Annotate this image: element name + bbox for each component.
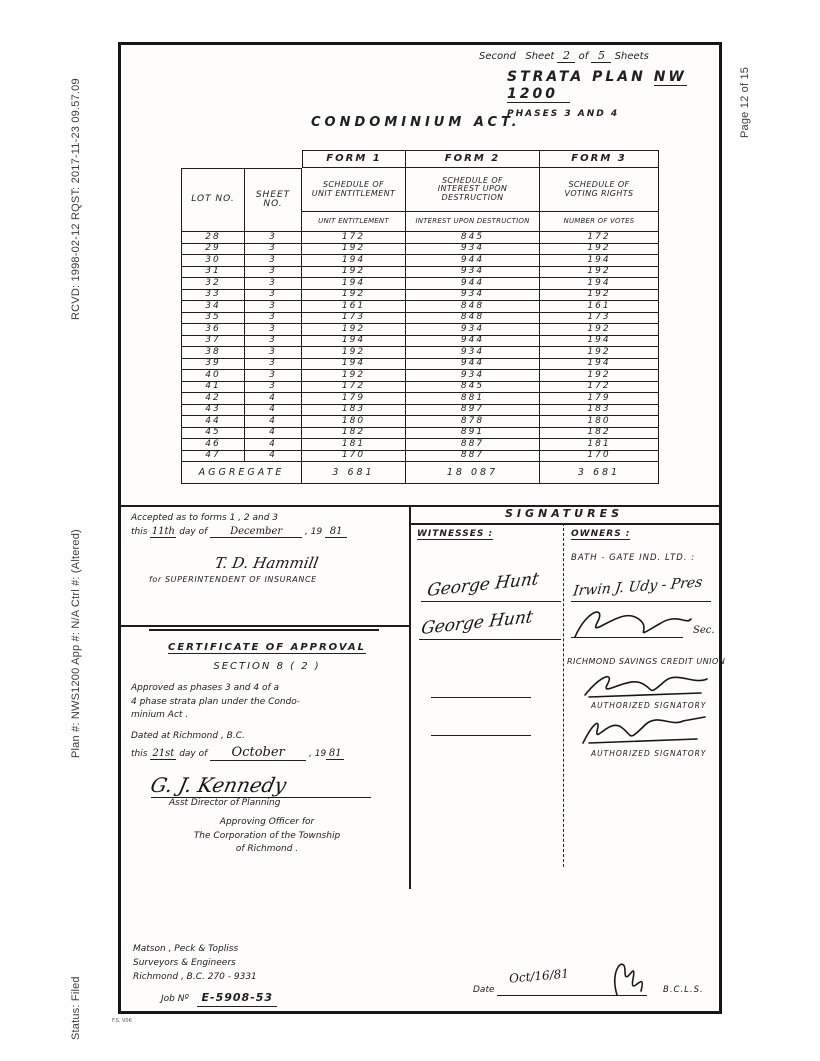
lot-cell: 39	[181, 359, 245, 371]
sheet-cell: 4	[245, 439, 302, 451]
sheet-word: Sheet	[525, 51, 554, 62]
interest-cell: 845	[406, 232, 540, 244]
lot-cell: 37	[181, 336, 245, 348]
job-number-label: Job Nº	[161, 994, 189, 1004]
sheet-cell: 4	[245, 405, 302, 417]
witness-signature-line-2	[419, 639, 561, 640]
witness-owner-divider	[563, 523, 564, 867]
acceptance-day: 11th	[150, 526, 176, 538]
votes-cell: 170	[540, 451, 659, 463]
sheet-cell: 3	[245, 267, 302, 279]
lot-cell: 32	[181, 278, 245, 290]
margin-plan-number: Plan #: NWS1200 App #: N/A Ctrl #: (Alte…	[70, 529, 82, 758]
surveyor-line1: Matson , Peck & Topliss	[133, 943, 277, 957]
document-title: CONDOMINIUM ACT.	[311, 115, 521, 130]
officer-line3: of Richmond .	[131, 843, 403, 857]
unit-cell: 192	[302, 324, 406, 336]
sheet-cell: 4	[245, 393, 302, 405]
interest-cell: 881	[406, 393, 540, 405]
unit-cell: 192	[302, 347, 406, 359]
witnesses-label: WITNESSES :	[417, 529, 493, 540]
signatures-title-underline	[409, 523, 719, 525]
owners-label: OWNERS :	[571, 529, 630, 540]
unit-cell: 194	[302, 359, 406, 371]
sheet-cell: 4	[245, 451, 302, 463]
interest-cell: 944	[406, 359, 540, 371]
unit-cell: 194	[302, 255, 406, 267]
votes-cell: 192	[540, 244, 659, 256]
sheet-cell: 3	[245, 382, 302, 394]
lot-cell: 38	[181, 347, 245, 359]
sheets-word: Sheets	[615, 51, 649, 62]
lot-cell: 44	[181, 416, 245, 428]
sheet-total: 5	[591, 49, 611, 63]
entitlement-table: FORM 1 FORM 2 FORM 3 LOT NO. SHEET NO. S…	[181, 150, 659, 484]
lot-cell: 36	[181, 324, 245, 336]
votes-cell: 192	[540, 267, 659, 279]
acceptance-block: Accepted as to forms 1 , 2 and 3 this 11…	[131, 513, 403, 584]
unit-cell: 192	[302, 267, 406, 279]
certificate-block: CERTIFICATE OF APPROVAL SECTION 8 ( 2 ) …	[131, 637, 403, 857]
plan-border-frame: Second Sheet 2 of 5 Sheets STRATA PLAN N…	[118, 42, 722, 1014]
form2-header: FORM 2	[406, 150, 540, 168]
signatures-box-left-border	[409, 505, 411, 889]
votes-cell: 192	[540, 324, 659, 336]
surveyor-line2: Surveyors & Engineers	[133, 957, 277, 971]
certificate-title: CERTIFICATE OF APPROVAL	[168, 642, 366, 654]
votes-cell: 194	[540, 336, 659, 348]
aggregate-votes: 3 681	[540, 462, 659, 484]
signatures-title: SIGNATURES	[409, 507, 719, 520]
lot-cell: 29	[181, 244, 245, 256]
acceptance-year: 81	[325, 526, 347, 538]
acceptance-month: December	[210, 526, 302, 538]
owner-signature-udy: Irwin J. Udy - Pres	[572, 574, 703, 599]
bcls-label: B.C.L.S.	[663, 985, 704, 995]
unit-cell: 161	[302, 301, 406, 313]
unit-cell: 182	[302, 428, 406, 440]
votes-cell: 182	[540, 428, 659, 440]
date-label: Date	[473, 985, 495, 995]
unit-cell: 181	[302, 439, 406, 451]
lot-cell: 31	[181, 267, 245, 279]
votes-cell: 183	[540, 405, 659, 417]
sheet-cell: 3	[245, 347, 302, 359]
votes-cell: 194	[540, 278, 659, 290]
sheet-cell: 3	[245, 313, 302, 325]
unit-cell: 170	[302, 451, 406, 463]
plan-number: 1200	[507, 86, 558, 103]
owner-signature-suffix: Sec.	[693, 625, 715, 636]
authorized-signatory-label-2: AUTHORIZED SIGNATORY	[591, 749, 706, 758]
hammill-signature: T. D. Hammill	[214, 554, 320, 572]
sheet-cell: 3	[245, 232, 302, 244]
lot-cell: 47	[181, 451, 245, 463]
subhead-unit: UNIT ENTITLEMENT	[302, 212, 406, 232]
unit-cell: 172	[302, 382, 406, 394]
interest-cell: 878	[406, 416, 540, 428]
strata-plan-label: STRATA PLAN	[507, 69, 646, 85]
votes-cell: 161	[540, 301, 659, 313]
schedule2-header: SCHEDULE OFINTEREST UPON DESTRUCTION	[406, 168, 540, 212]
votes-cell: 172	[540, 382, 659, 394]
witness-signature-line-1	[421, 601, 561, 602]
interest-cell: 934	[406, 370, 540, 382]
credit-union-label: RICHMOND SAVINGS CREDIT UNION	[567, 657, 725, 666]
certificate-body-line3: minium Act .	[131, 709, 403, 723]
unit-cell: 183	[302, 405, 406, 417]
lot-cell: 30	[181, 255, 245, 267]
certificate-day: 21st	[150, 748, 176, 760]
votes-cell: 192	[540, 347, 659, 359]
unit-cell: 172	[302, 232, 406, 244]
superintendent-label: for SUPERINTENDENT OF INSURANCE	[149, 575, 403, 584]
votes-cell: 192	[540, 290, 659, 302]
certificate-section: SECTION 8 ( 2 )	[131, 661, 403, 672]
sheet-cell: 3	[245, 370, 302, 382]
interest-cell: 887	[406, 451, 540, 463]
surveyor-block: Matson , Peck & Topliss Surveyors & Engi…	[133, 943, 277, 1007]
second-label: Second	[479, 51, 516, 62]
certificate-body-line2: 4 phase strata plan under the Condo-	[131, 696, 403, 710]
votes-cell: 172	[540, 232, 659, 244]
interest-cell: 934	[406, 267, 540, 279]
lot-cell: 42	[181, 393, 245, 405]
acceptance-divider	[121, 625, 409, 627]
witness-signature-2: George Hunt	[420, 607, 534, 639]
officer-line2: The Corporation of the Township	[131, 830, 403, 844]
interest-cell: 848	[406, 313, 540, 325]
sheet-number: 2	[557, 49, 575, 63]
kennedy-signature: G. J. Kennedy	[148, 773, 288, 797]
of-word: of	[579, 51, 589, 62]
witness-blank-line-1	[431, 697, 531, 698]
schedule3-header: SCHEDULE OFVOTING RIGHTS	[540, 168, 659, 212]
interest-cell: 934	[406, 347, 540, 359]
unit-cell: 194	[302, 278, 406, 290]
lot-cell: 45	[181, 428, 245, 440]
interest-cell: 845	[406, 382, 540, 394]
corner-note: F.S. V06	[112, 1018, 132, 1024]
sheet-cell: 3	[245, 244, 302, 256]
subhead-votes: NUMBER OF VOTES	[540, 212, 659, 232]
surveyor-line3: Richmond , B.C. 270 - 9331	[133, 971, 277, 985]
sheet-cell: 3	[245, 359, 302, 371]
margin-status: Status: Filed	[70, 976, 82, 1040]
votes-cell: 181	[540, 439, 659, 451]
unit-cell: 179	[302, 393, 406, 405]
sheet-header: Second Sheet 2 of 5 Sheets STRATA PLAN N…	[479, 49, 715, 119]
interest-cell: 848	[406, 301, 540, 313]
witness-blank-line-2	[431, 735, 531, 736]
certificate-year: 81	[326, 748, 344, 760]
sheet-cell: 3	[245, 336, 302, 348]
interest-cell: 944	[406, 255, 540, 267]
votes-cell: 173	[540, 313, 659, 325]
lot-cell: 41	[181, 382, 245, 394]
certificate-month: October	[210, 745, 306, 761]
interest-cell: 934	[406, 324, 540, 336]
plan-prefix: NW	[654, 69, 687, 86]
unit-cell: 192	[302, 290, 406, 302]
votes-cell: 192	[540, 370, 659, 382]
authorized-signature-scrawl-2-icon	[579, 713, 709, 747]
schedule1-header: SCHEDULE OFUNIT ENTITLEMENT	[302, 168, 406, 212]
lot-cell: 43	[181, 405, 245, 417]
lot-cell: 46	[181, 439, 245, 451]
unit-cell: 192	[302, 370, 406, 382]
unit-cell: 192	[302, 244, 406, 256]
margin-received-stamp: RCVD: 1998-02-12 RQST: 2017-11-23 09.57.…	[70, 78, 82, 320]
sheet-cell: 3	[245, 290, 302, 302]
witness-signature-1: George Hunt	[426, 569, 540, 601]
interest-cell: 944	[406, 278, 540, 290]
unit-cell: 173	[302, 313, 406, 325]
votes-cell: 194	[540, 255, 659, 267]
owner-signature-line-2	[571, 637, 683, 638]
certificate-body-line1: Approved as phases 3 and 4 of a	[131, 682, 403, 696]
votes-cell: 194	[540, 359, 659, 371]
bcls-signature-scrawl-icon	[605, 953, 651, 999]
sheet-no-header: SHEET NO.	[245, 168, 302, 232]
lot-cell: 28	[181, 232, 245, 244]
lot-cell: 33	[181, 290, 245, 302]
interest-cell: 934	[406, 290, 540, 302]
form3-header: FORM 3	[540, 150, 659, 168]
margin-page-number: Page 12 of 15	[739, 67, 751, 138]
acceptance-line1: Accepted as to forms 1 , 2 and 3	[131, 513, 403, 523]
authorized-signature-scrawl-1-icon	[581, 669, 711, 701]
votes-cell: 180	[540, 416, 659, 428]
lot-cell: 35	[181, 313, 245, 325]
sheet-cell: 3	[245, 278, 302, 290]
subhead-interest: INTEREST UPON DESTRUCTION	[406, 212, 540, 232]
owner-signature-line-1	[571, 601, 711, 602]
officer-line1: Approving Officer for	[131, 816, 403, 830]
unit-cell: 194	[302, 336, 406, 348]
sheet-cell: 4	[245, 428, 302, 440]
interest-cell: 934	[406, 244, 540, 256]
authorized-signatory-label-1: AUTHORIZED SIGNATORY	[591, 701, 706, 710]
job-number-value: E-5908-53	[197, 989, 277, 1007]
unit-cell: 180	[302, 416, 406, 428]
lot-cell: 34	[181, 301, 245, 313]
sheet-cell: 4	[245, 416, 302, 428]
table-spacer	[181, 150, 302, 168]
sheet-cell: 3	[245, 324, 302, 336]
aggregate-unit: 3 681	[302, 462, 406, 484]
lot-cell: 40	[181, 370, 245, 382]
director-label: Asst Director of Planning	[169, 798, 403, 808]
lot-no-header: LOT NO.	[181, 168, 245, 232]
form1-header: FORM 1	[302, 150, 406, 168]
interest-cell: 891	[406, 428, 540, 440]
scanned-document-page: { "margins": { "left_top": "RCVD: 1998-0…	[0, 0, 820, 1061]
sheet-cell: 3	[245, 255, 302, 267]
phases-label: PHASES 3 AND 4	[507, 109, 715, 119]
date-value: Oct/16/81	[509, 966, 570, 985]
interest-cell: 897	[406, 405, 540, 417]
interest-cell: 944	[406, 336, 540, 348]
owner-company-label: BATH - GATE IND. LTD. :	[571, 553, 695, 563]
aggregate-label: AGGREGATE	[181, 462, 302, 484]
sheet-cell: 3	[245, 301, 302, 313]
certificate-dated: Dated at Richmond , B.C.	[131, 731, 403, 741]
interest-cell: 887	[406, 439, 540, 451]
votes-cell: 179	[540, 393, 659, 405]
aggregate-interest: 18 087	[406, 462, 540, 484]
